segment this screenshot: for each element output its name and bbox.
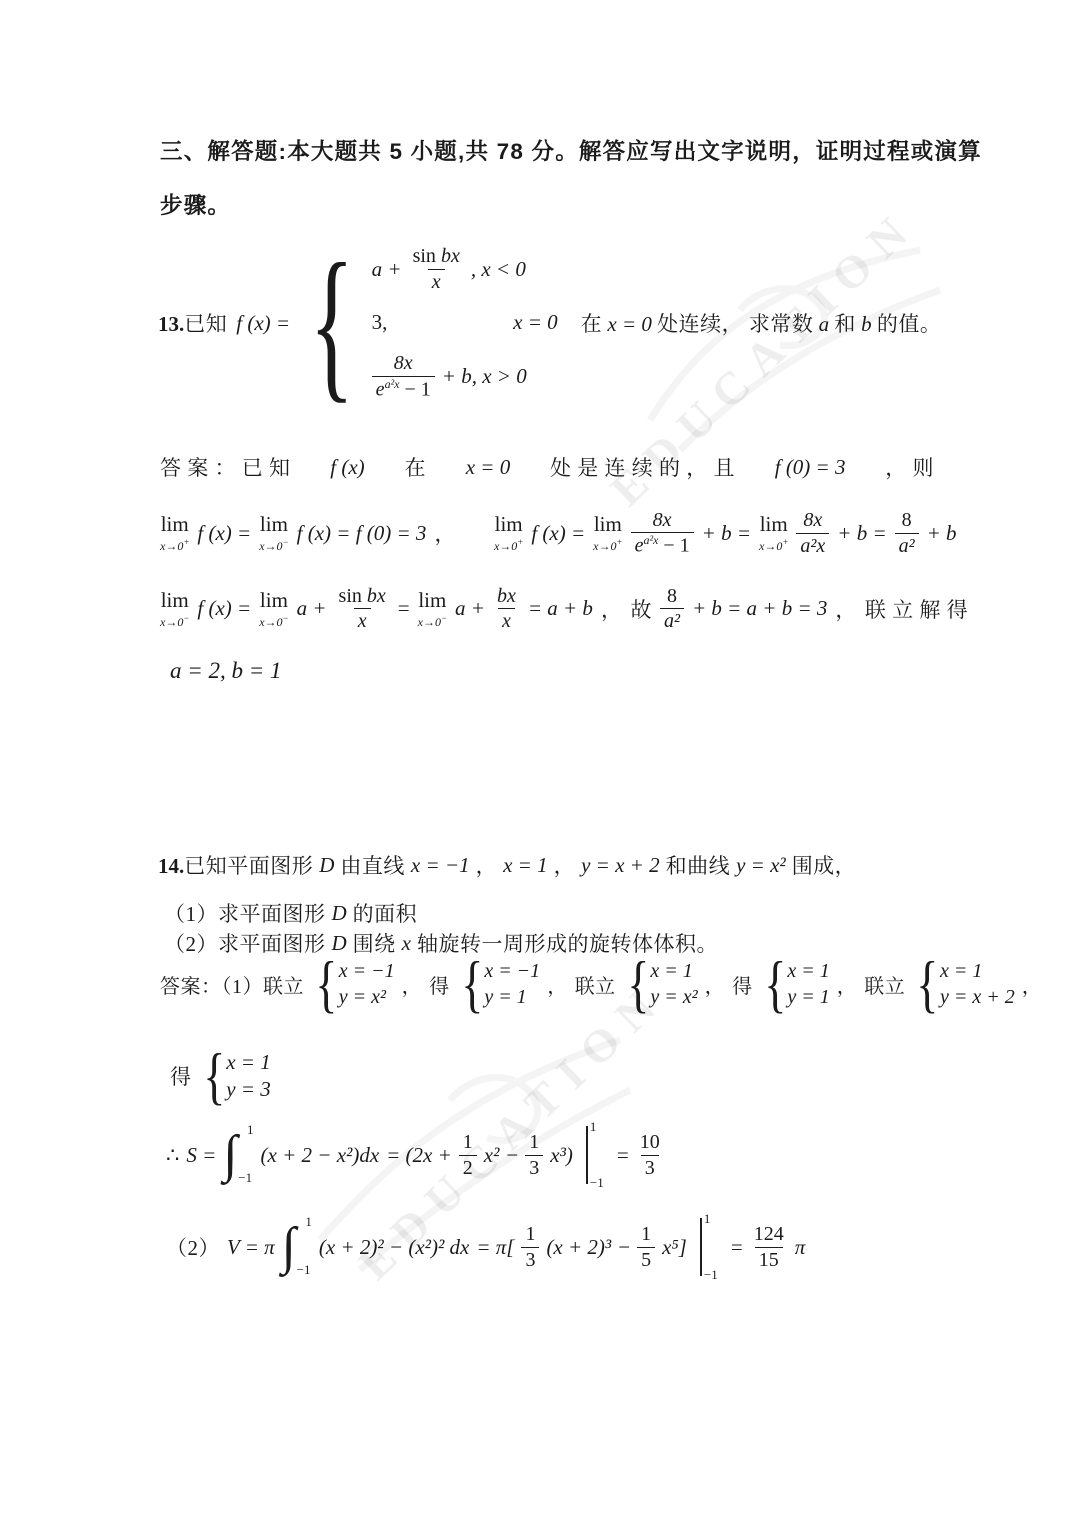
answer-14-systems: 答案：（1）联立 {x = −1y = x² ， 得 {x = −1y = 1 … [160,956,1042,1012]
area-integrand: (x + 2 − x²)dx [261,1143,380,1168]
minus-sup: − [283,613,289,623]
comma: ， [434,518,456,548]
numerator: 1 [525,1130,543,1154]
minus: − [618,1235,630,1260]
fraction-1-2: 12 [459,1130,477,1180]
comma: ， [1022,970,1043,999]
lim-sub: x→0+ [759,538,788,552]
q14-curve-label: 和曲线 [666,850,731,880]
system-1: {x = −1y = x² [311,956,395,1012]
plus-sup: + [183,537,189,547]
system-3: {x = 1y = x² [623,956,698,1012]
lim-word: lim [760,514,788,535]
ans13-x0: x = 0 [466,455,511,480]
denominator: 2 [459,1155,477,1180]
volume-integral-line: （2） V = π ∫1−1 (x + 2)² − (x²)² dx = π[ … [166,1218,805,1276]
numerator-8: 8 [898,508,916,532]
lim-sub: x→0+ [160,538,189,552]
eval-lower: −1 [590,1175,604,1191]
comma: ， [837,970,858,999]
case1-a-plus: a + [372,257,402,282]
exam-page: EDUCATION EDUCATION 三、解答题:本大题共 5 小题,共 78… [0,0,1080,1527]
integral-sign: ∫1−1 [223,1127,253,1183]
denominator: 5 [637,1247,655,1272]
system-5: {x = 1y = x + 2 [912,956,1014,1012]
piecewise-cases: a + sin bx x , x < 0 3, x = 0 8x ea²x − … [372,244,568,401]
eval-upper: 1 [704,1211,711,1227]
ans13-lead: 答 案 ： 已 知 [160,452,291,482]
fraction-8x-over-a2x: 8x a²x [796,508,829,558]
curve-y-xsq: y = x² [736,853,786,878]
section-header-line2: 步骤。 [160,188,950,220]
fraction-8-over-a2: 8 a² [895,508,919,558]
q14-enclosed: 围成， [792,850,857,880]
section-header-line1: 三、解答题:本大题共 5 小题,共 78 分。解答应写出文字说明，证明过程或演算 [160,134,950,166]
answer-14-final-system: 得 {x = 1y = 3 [170,1048,271,1104]
plus-sup: + [616,537,622,547]
integral-glyph: ∫ [282,1218,296,1275]
e-exponent: a²x [643,533,658,547]
bx-var: bx [441,245,460,267]
fraction-8-over-a2: 8 a² [660,584,684,634]
numerator-sinbx: sin bx [335,584,390,608]
system-row: y = 3 [226,1076,271,1103]
antiderivative-start: = (2x + [386,1143,452,1168]
S-equals: S = [186,1143,216,1168]
lim-word: lim [495,514,523,535]
system-row: x = 1 [226,1049,271,1076]
system-rows: x = −1y = 1 [484,958,540,1010]
comma: ， [835,594,857,624]
lim-word: lim [161,590,189,611]
therefore-gu: 故 [630,594,652,624]
q13-he: 和 [834,312,856,336]
integral-glyph: ∫ [223,1126,237,1183]
numerator-8: 8 [663,584,681,608]
lianli-label: 联立 [864,970,905,999]
comma: ， [554,850,576,880]
evaluation-bar: 1−1 [586,1126,588,1184]
piecewise-brace: { [309,244,354,402]
line-x-1: x = 1 [503,853,548,878]
ans13-continuous: 处 是 连 续 的 ， 且 [550,452,735,482]
answer-13-result: a = 2, b = 1 [170,658,282,684]
comma: ， [476,850,498,880]
lim-x-to-0-minus: limx→0− [418,590,447,628]
case1-denominator: x [428,269,445,294]
lim-word: lim [594,514,622,535]
denominator: 3 [525,1155,543,1180]
equals-three-chain: + b = a + b = 3 [692,596,827,621]
eval-lower: −1 [704,1267,718,1283]
x-to-0: x→0 [418,615,441,629]
fraction-1-3: 13 [521,1222,539,1272]
pi-symbol: π [795,1235,806,1260]
piecewise-case-2: 3, x = 0 [372,310,568,335]
system-brace: { [917,956,939,1012]
plus-sup: + [517,537,523,547]
item1-text: （1）求平面图形 [164,898,326,928]
numerator: 1 [459,1130,477,1154]
numerator: 124 [750,1222,788,1246]
lim-x-to-0-plus: limx→0+ [494,514,523,552]
question-13: 13.已知 f (x) = { a + sin bx x , x < 0 3, … [158,244,941,402]
limit-equation-line-1: limx→0+ f (x) = limx→0− f (x) = f (0) = … [160,508,957,558]
lim-word: lim [260,590,288,611]
ans13-then: ， 则 [885,452,934,482]
b-var: b [861,312,872,336]
question-13-number: 13.已知 [158,308,227,338]
fx-eq: f (x) = [197,521,251,546]
system-2: {x = −1y = 1 [457,956,541,1012]
equals-a-plus-b: = a + b [528,596,593,621]
fraction-10-3: 103 [636,1130,664,1180]
case2-value: 3, [372,310,388,335]
lim-sub: x→0− [259,614,288,628]
a-plus: a + [455,596,485,621]
equals: = [398,596,410,621]
denominator-a2: a² [660,608,684,633]
equals: = [731,1235,743,1260]
fraction-124-15: 12415 [750,1222,788,1272]
lim-sub: x→0− [160,614,189,628]
a-var: a [819,312,830,336]
line-y-x2: y = x + 2 [581,853,659,878]
plus-sup: + [782,537,788,547]
denominator-e-a2x: ea²x − 1 [631,532,694,558]
x-fifth: x⁵] [662,1235,687,1260]
denominator-a2x: a²x [796,533,829,558]
numerator-8x: 8x [799,508,826,532]
numerator-8x: 8x [649,508,676,532]
plus-b-eq: + b = [702,521,751,546]
numerator-bx: bx [493,584,520,608]
x-axis-var: x [402,931,411,956]
de-label: 得 [429,970,450,999]
integral-lower: −1 [238,1170,252,1186]
system-rows: x = 1y = 1 [787,958,829,1010]
therefore-symbol: ∴ [166,1143,179,1168]
fraction-sinbx-over-x: sin bx x [335,584,390,634]
q14-lines-label: 由直线 [340,850,405,880]
case1-condition: , x < 0 [471,257,526,282]
question-14-num-text: 14. [158,854,184,878]
x-to-0: x→0 [759,539,782,553]
fx-eq: f (x) = [197,596,251,621]
system-row: x = 1 [940,958,982,984]
x-to-0: x→0 [593,539,616,553]
question-14-item-1: （1）求平面图形 D 的面积 [164,898,417,928]
minus-sup: − [441,613,447,623]
equals: = [617,1143,629,1168]
de-label: 得 [170,1061,192,1091]
x-to-0: x→0 [160,615,183,629]
comma: ， [705,970,726,999]
system-brace: { [461,956,483,1012]
fraction-8x-over-e: 8x ea²x − 1 [631,508,694,558]
case3-fraction: 8x ea²x − 1 [372,351,435,401]
question-13-num-text: 13. [158,312,184,336]
system-brace: { [315,956,337,1012]
denominator-a2: a² [895,533,919,558]
piecewise-case-3: 8x ea²x − 1 + b, x > 0 [372,351,568,401]
case2-condition: x = 0 [513,310,558,335]
item2-label: （2） [166,1232,220,1262]
system-6: {x = 1y = 3 [199,1048,271,1104]
minus-one: − 1 [663,535,689,557]
q13-continuous: 处连续， 求常数 [657,312,813,336]
x-to-0: x→0 [494,539,517,553]
lim-sub: x→0+ [593,538,622,552]
question-14-number: 14.已知平面图形 [158,850,313,880]
system-row: x = −1 [484,958,540,984]
case3-condition: + b, x > 0 [442,364,527,389]
case3-denominator: ea²x − 1 [372,376,435,402]
system-rows: x = −1y = x² [339,958,395,1010]
minus-sup: − [183,613,189,623]
lim-sub: x→0− [418,614,447,628]
ans13-f0: f (0) = 3 [775,455,846,480]
integral-lower: −1 [297,1262,311,1278]
denominator: 3 [641,1155,659,1180]
numerator: 10 [636,1130,664,1154]
numerator: 1 [521,1222,539,1246]
question-14: 14.已知平面图形 D 由直线 x = −1 ， x = 1 ， y = x +… [158,850,856,880]
comma: ， [601,594,623,624]
minus: − [506,1143,518,1168]
case3-numerator: 8x [390,351,417,375]
q13-x0: x = 0 [607,312,652,336]
lim-x-to-0-minus: limx→0− [160,590,189,628]
sin-word: sin [413,245,436,267]
antiderivative-start: = π[ [476,1235,514,1260]
lim-sub: x→0+ [494,538,523,552]
lim-x-to-0-plus: limx→0+ [759,514,788,552]
x-cubed: x³) [550,1143,573,1168]
volume-integrand: (x + 2)² − (x²)² dx [319,1235,469,1260]
answer-13-text: 答 案 ： 已 知 f (x) 在 x = 0 处 是 连 续 的 ， 且 f … [160,452,934,482]
piecewise-case-1: a + sin bx x , x < 0 [372,244,568,294]
lim-x-to-0-plus: limx→0+ [160,514,189,552]
system-row: y = x² [650,984,697,1010]
x-to-0: x→0 [259,539,282,553]
a-plus: a + [297,596,327,621]
fx-chain: f (x) = f (0) = 3 [297,521,427,546]
system-brace: { [627,956,649,1012]
fraction-1-5: 15 [637,1222,655,1272]
de-label: 得 [732,970,753,999]
comma: ， [547,970,568,999]
q13-zai: 在 [581,312,603,336]
item2-text: （2）求平面图形 [164,928,326,958]
x-plus-2-cubed: (x + 2)³ [546,1235,611,1260]
plus-b: + b [927,521,957,546]
evaluation-bar: 1−1 [700,1218,702,1276]
integral-upper: 1 [247,1122,254,1138]
comma: ， [402,970,423,999]
minus-one: − 1 [405,378,431,400]
item2-around: 围绕 [353,928,396,958]
lim-sub: x→0− [259,538,288,552]
fraction-1-3: 13 [525,1130,543,1180]
case1-numerator: sin bx [409,244,464,268]
integral-sign: ∫1−1 [282,1219,312,1275]
system-brace: { [764,956,786,1012]
question-13-lead: 已知 [184,312,227,336]
system-row: y = x² [339,984,386,1010]
q13-fx-equals: f (x) = [236,311,290,336]
lim-word: lim [260,514,288,535]
solve-jointly: 联 立 解 得 [865,594,968,624]
system-rows: x = 1y = 3 [226,1049,271,1104]
system-row: x = −1 [339,958,395,984]
lianli-label: 联立 [575,970,616,999]
limit-equation-line-2: limx→0− f (x) = limx→0− a + sin bx x = l… [160,584,968,634]
e-var: e [376,378,385,400]
question-14-lead: 已知平面图形 [184,854,313,878]
item1-area: 的面积 [353,898,418,928]
ans14-lead: 答案：（1）联立 [160,970,304,999]
system-rows: x = 1y = x² [650,958,697,1010]
lim-word: lim [418,590,446,611]
case1-fraction: sin bx x [409,244,464,294]
denominator-x: x [498,608,515,633]
fraction-bx-over-x: bx x [493,584,520,634]
x-to-0: x→0 [160,539,183,553]
sin-word: sin [339,585,362,607]
system-row: y = x + 2 [940,984,1015,1010]
numerator: 1 [637,1222,655,1246]
bx-var: bx [367,585,386,607]
minus-sup: − [283,537,289,547]
system-4: {x = 1y = 1 [760,956,830,1012]
lim-x-to-0-minus: limx→0− [259,590,288,628]
region-D: D [319,853,334,878]
q13-value-of: 的值。 [877,312,942,336]
system-row: x = 1 [650,958,692,984]
e-exponent: a²x [385,377,400,391]
denominator: 3 [521,1247,539,1272]
denominator-x: x [354,608,371,633]
ab-values: a = 2, b = 1 [170,658,282,684]
lim-x-to-0-minus: limx→0− [259,514,288,552]
denominator: 15 [755,1247,783,1272]
line-x-neg1: x = −1 [411,853,470,878]
fx-eq: f (x) = [531,521,585,546]
lim-x-to-0-plus: limx→0+ [593,514,622,552]
area-integral-line: ∴ S = ∫1−1 (x + 2 − x²)dx = (2x + 12 x² … [166,1126,664,1184]
x-squared: x² [484,1143,500,1168]
x-to-0: x→0 [259,615,282,629]
integral-upper: 1 [305,1214,312,1230]
V-equals-pi: V = π [227,1235,275,1260]
plus-b-eq: + b = [837,521,886,546]
system-brace: { [203,1048,225,1104]
ans13-zai: 在 [404,452,426,482]
system-row: y = 1 [787,984,829,1010]
ans13-fx: f (x) [330,455,364,480]
q13-continuation: 在 x = 0 处连续， 求常数 a 和 b 的值。 [581,308,942,338]
system-row: x = 1 [787,958,829,984]
system-rows: x = 1y = x + 2 [940,958,1015,1010]
lim-word: lim [161,514,189,535]
eval-upper: 1 [590,1119,597,1135]
region-D: D [332,901,347,926]
system-row: y = 1 [484,984,526,1010]
